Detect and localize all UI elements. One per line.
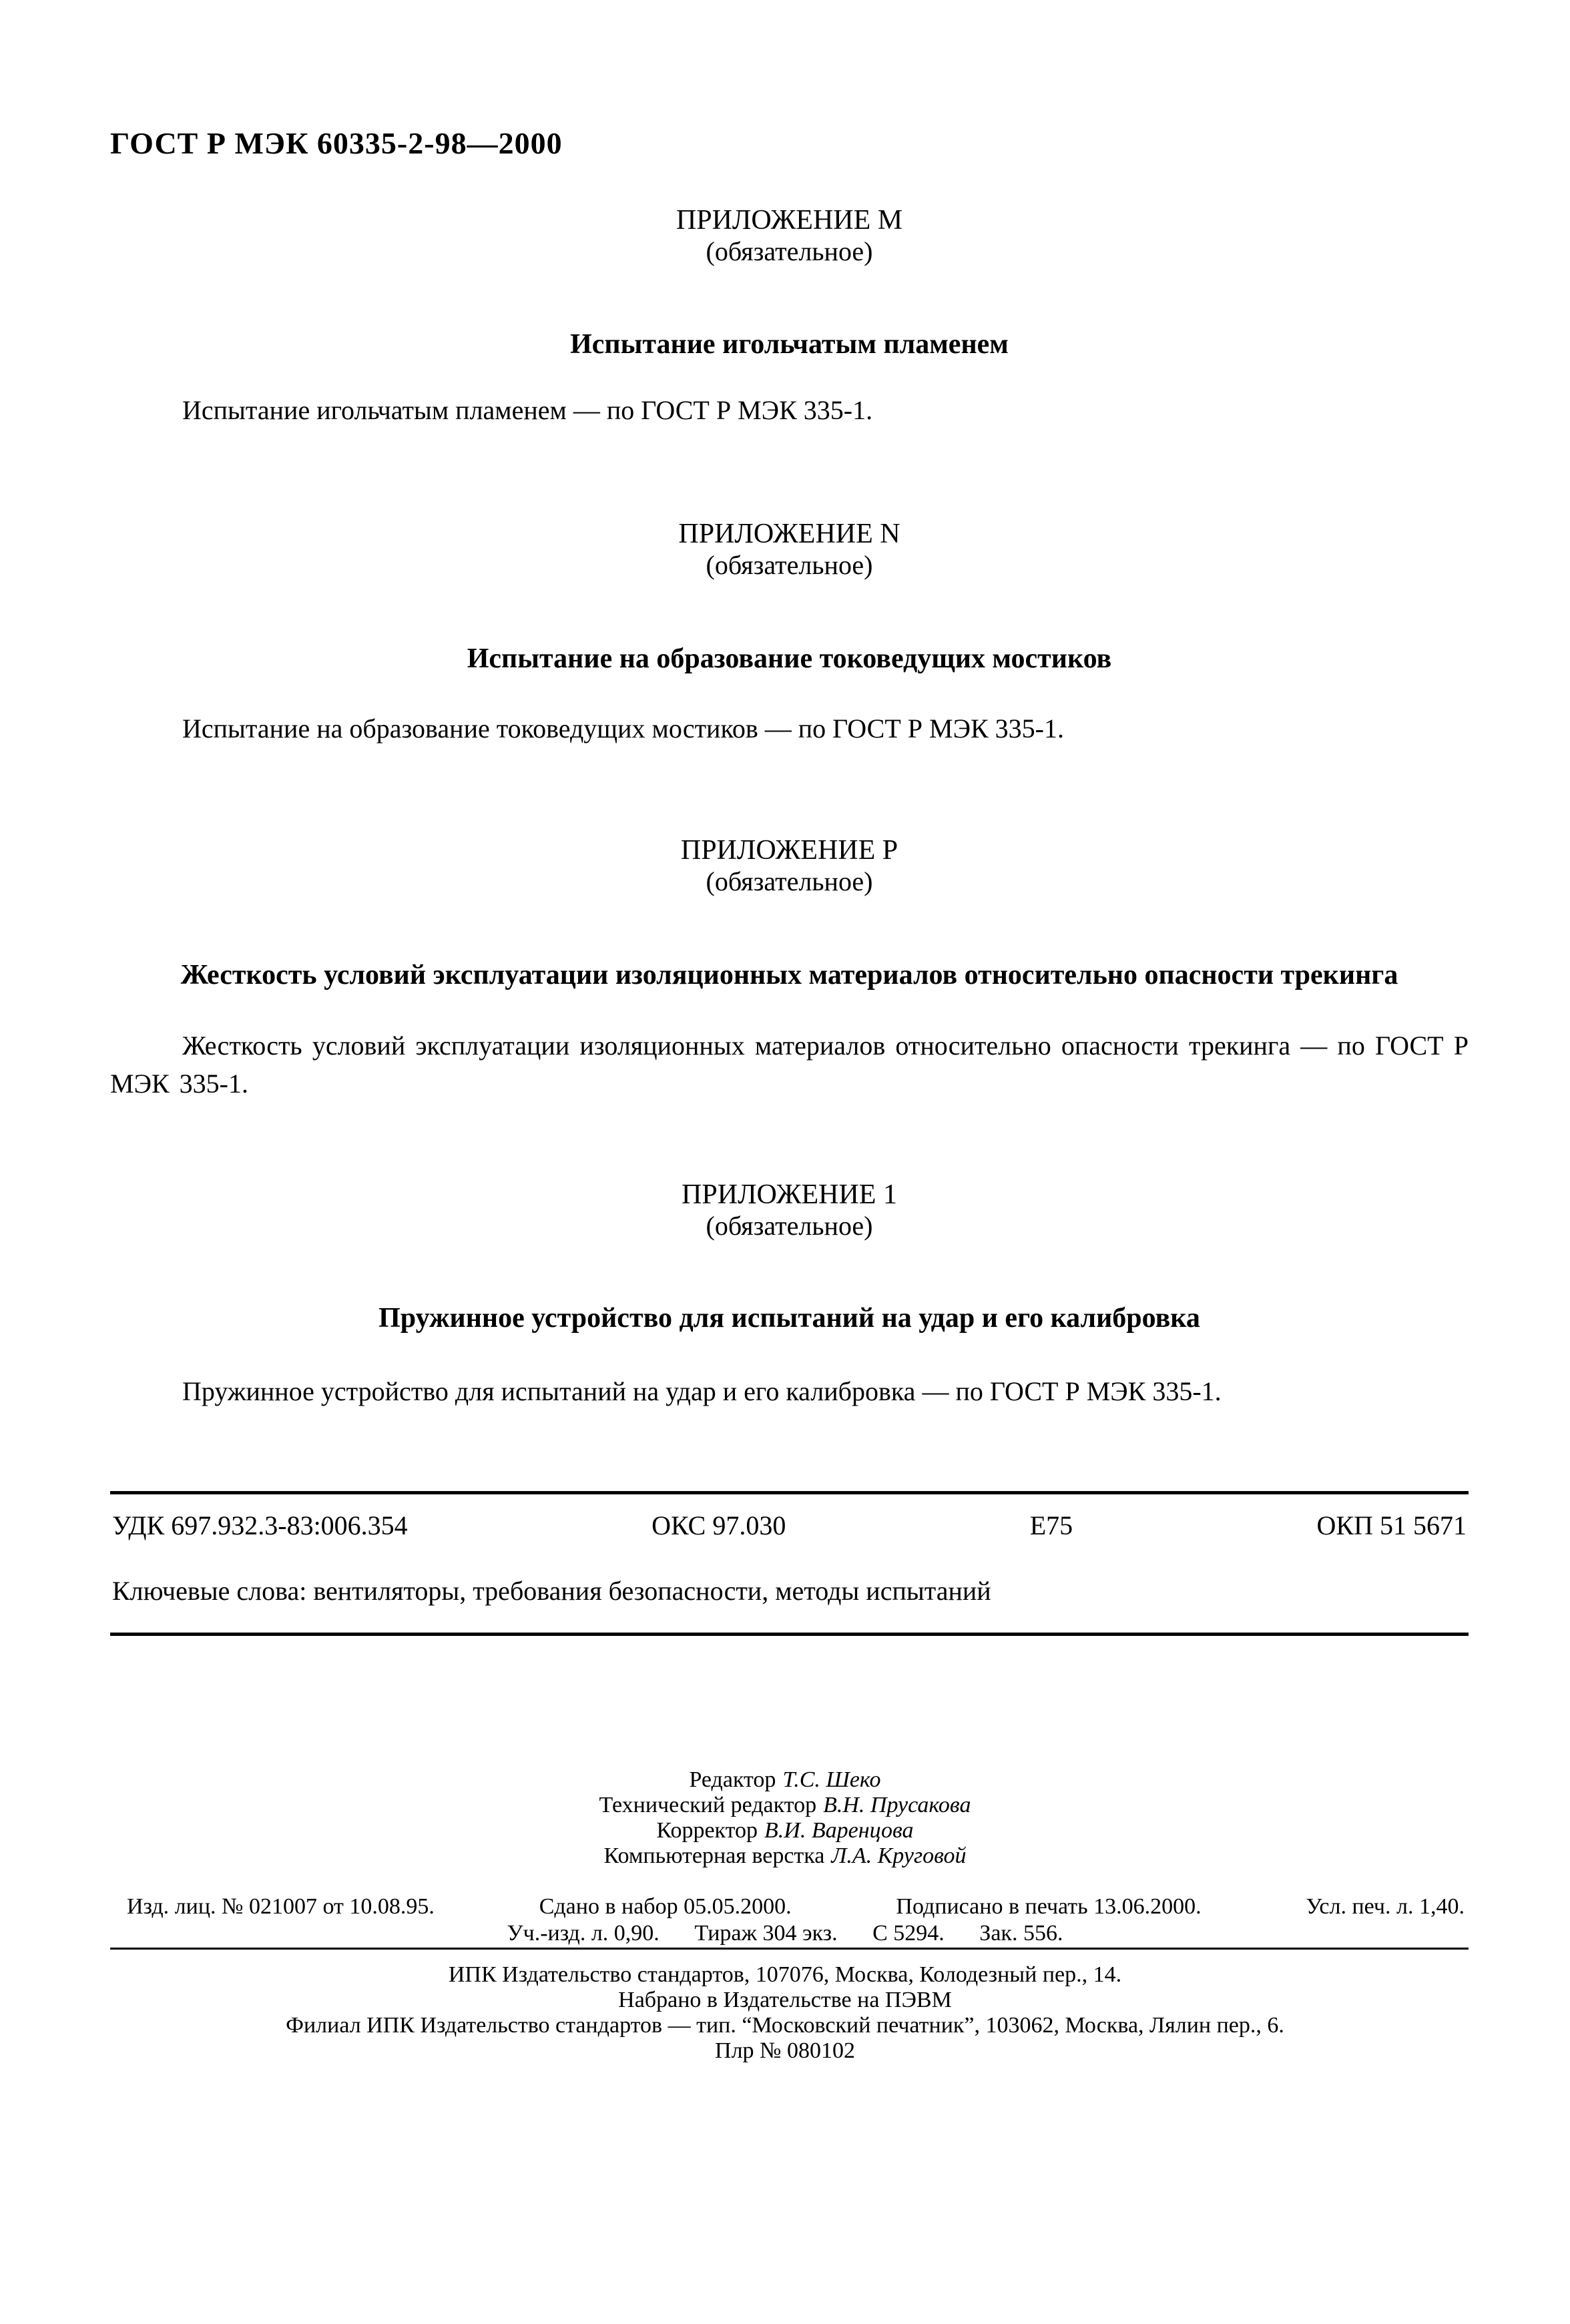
print-sheets: Усл. печ. л. 1,40.: [1306, 1894, 1465, 1920]
appendix-m-title: Испытание игольчатым пламенем: [110, 328, 1469, 360]
print-data-line-2: Уч.-изд. л. 0,90. Тираж 304 экз. С 5294.…: [0, 1921, 1570, 1946]
colophon-staff: РедакторТ.С. Шеко Технический редакторВ.…: [0, 1767, 1570, 1869]
udk-code: УДК 697.932.3-83:006.354: [112, 1510, 408, 1541]
publisher-branch: Филиал ИПК Издательство стандартов — тип…: [0, 2013, 1570, 2038]
publisher-block: ИПК Издательство стандартов, 107076, Мос…: [0, 1962, 1570, 2064]
okp-code: ОКП 51 5671: [1317, 1510, 1467, 1541]
appendix-1-label: ПРИЛОЖЕНИЕ 1: [110, 1179, 1469, 1211]
staff-name: В.Н. Прусакова: [823, 1793, 971, 1817]
appendix-m-body: Испытание игольчатым пламенем — по ГОСТ …: [110, 391, 1469, 429]
appendix-n-title: Испытание на образование токоведущих мос…: [110, 643, 1469, 675]
doc-number: ГОСТ Р МЭК 60335-2-98—2000: [110, 125, 563, 161]
print-c-number: С 5294.: [872, 1921, 945, 1946]
appendix-p-title: Жесткость условий эксплуатации изоляцион…: [110, 959, 1469, 991]
print-data-line-1: Изд. лиц. № 021007 от 10.08.95. Сдано в …: [127, 1894, 1465, 1920]
classification-row: УДК 697.932.3-83:006.354 ОКС 97.030 Е75 …: [112, 1510, 1467, 1541]
publisher-typeset: Набрано в Издательстве на ПЭВМ: [0, 1988, 1570, 2013]
staff-name: Т.С. Шеко: [782, 1767, 880, 1792]
staff-role: Редактор: [689, 1767, 776, 1792]
publisher-plr: Плр № 080102: [0, 2038, 1570, 2064]
staff-role: Корректор: [656, 1818, 758, 1843]
document-page: ГОСТ Р МЭК 60335-2-98—2000 ПРИЛОЖЕНИЕ М …: [0, 0, 1570, 2324]
appendix-p-label: ПРИЛОЖЕНИЕ Р: [110, 834, 1469, 866]
class-code: Е75: [1030, 1510, 1073, 1541]
print-order: Зак. 556.: [979, 1921, 1063, 1946]
staff-line: Технический редакторВ.Н. Прусакова: [0, 1793, 1570, 1818]
appendix-m-label: ПРИЛОЖЕНИЕ М: [110, 204, 1469, 236]
appendix-m-note: (обязательное): [110, 236, 1469, 267]
appendix-1-title: Пружинное устройство для испытаний на уд…: [110, 1302, 1469, 1334]
staff-line: Компьютерная версткаЛ.А. Круговой: [0, 1843, 1570, 1869]
staff-line: КорректорВ.И. Варенцова: [0, 1818, 1570, 1843]
print-typeset: Сдано в набор 05.05.2000.: [539, 1894, 792, 1920]
appendix-1-body: Пружинное устройство для испытаний на уд…: [110, 1372, 1469, 1410]
divider-top: [110, 1491, 1469, 1494]
print-ed-sheets: Уч.-изд. л. 0,90.: [507, 1921, 660, 1946]
staff-role: Компьютерная верстка: [604, 1843, 825, 1868]
divider-bottom: [110, 1948, 1469, 1950]
staff-name: В.И. Варенцова: [764, 1818, 914, 1843]
print-license: Изд. лиц. № 021007 от 10.08.95.: [127, 1894, 435, 1920]
print-copies: Тираж 304 экз.: [694, 1921, 837, 1946]
print-signed: Подписано в печать 13.06.2000.: [896, 1894, 1201, 1920]
publisher-address: ИПК Издательство стандартов, 107076, Мос…: [0, 1962, 1570, 1988]
oks-code: ОКС 97.030: [651, 1510, 786, 1541]
appendix-n-label: ПРИЛОЖЕНИЕ N: [110, 518, 1469, 550]
appendix-n-note: (обязательное): [110, 549, 1469, 581]
appendix-p-body: Жесткость условий эксплуатации изоляцион…: [110, 1027, 1469, 1103]
appendix-n-body: Испытание на образование токоведущих мос…: [110, 709, 1469, 748]
keywords-line: Ключевые слова: вентиляторы, требования …: [112, 1575, 991, 1607]
staff-line: РедакторТ.С. Шеко: [0, 1767, 1570, 1793]
staff-role: Технический редактор: [599, 1793, 817, 1817]
appendix-p-note: (обязательное): [110, 866, 1469, 897]
staff-name: Л.А. Круговой: [831, 1843, 966, 1868]
divider-middle: [110, 1633, 1469, 1636]
appendix-1-note: (обязательное): [110, 1210, 1469, 1241]
